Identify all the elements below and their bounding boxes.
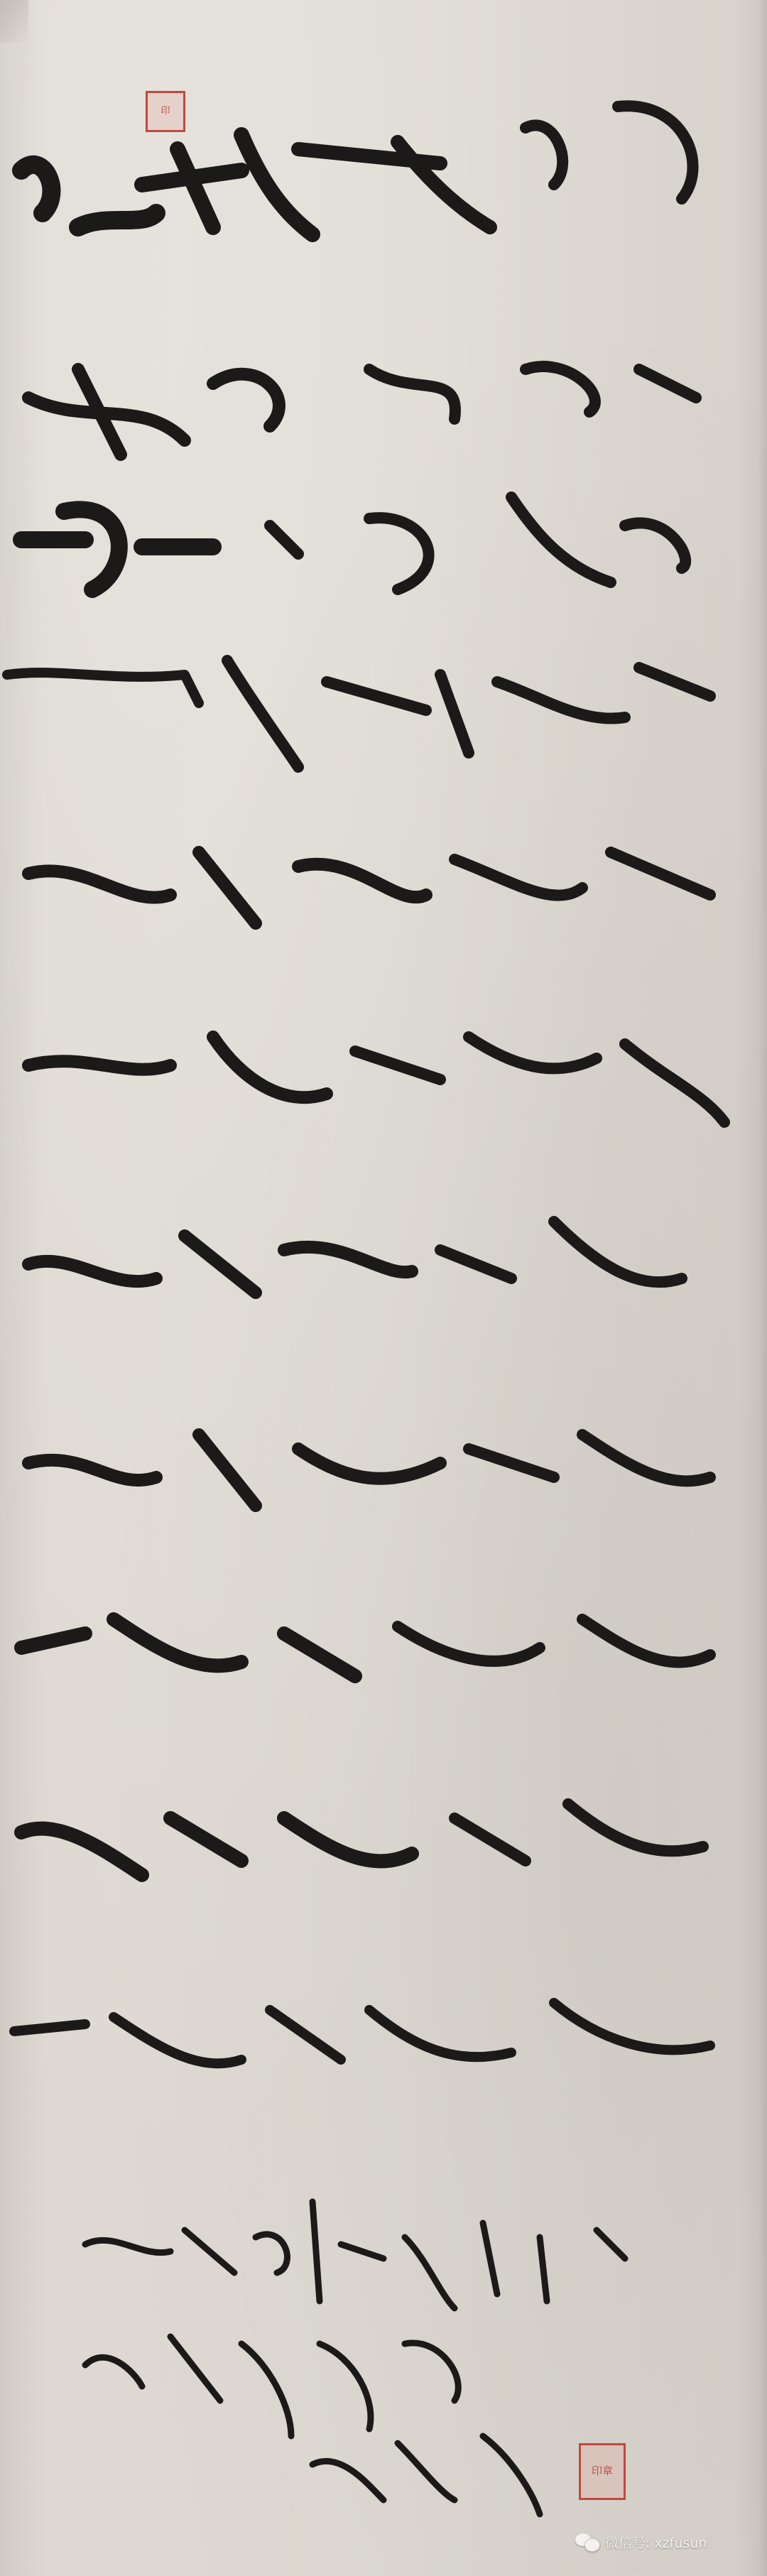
seal-stamp-bottom: 印章 [579, 2443, 626, 2500]
seal-bottom-label: 印章 [592, 2466, 613, 2477]
watermark-text: 微信号: xzfusun [605, 2533, 707, 2552]
wechat-watermark: 微信号: xzfusun [575, 2532, 707, 2552]
wechat-icon [575, 2532, 601, 2552]
seal-top-label: 印 [161, 107, 170, 116]
calligraphy-ink [0, 0, 767, 2576]
seal-stamp-top: 印 [146, 91, 185, 132]
